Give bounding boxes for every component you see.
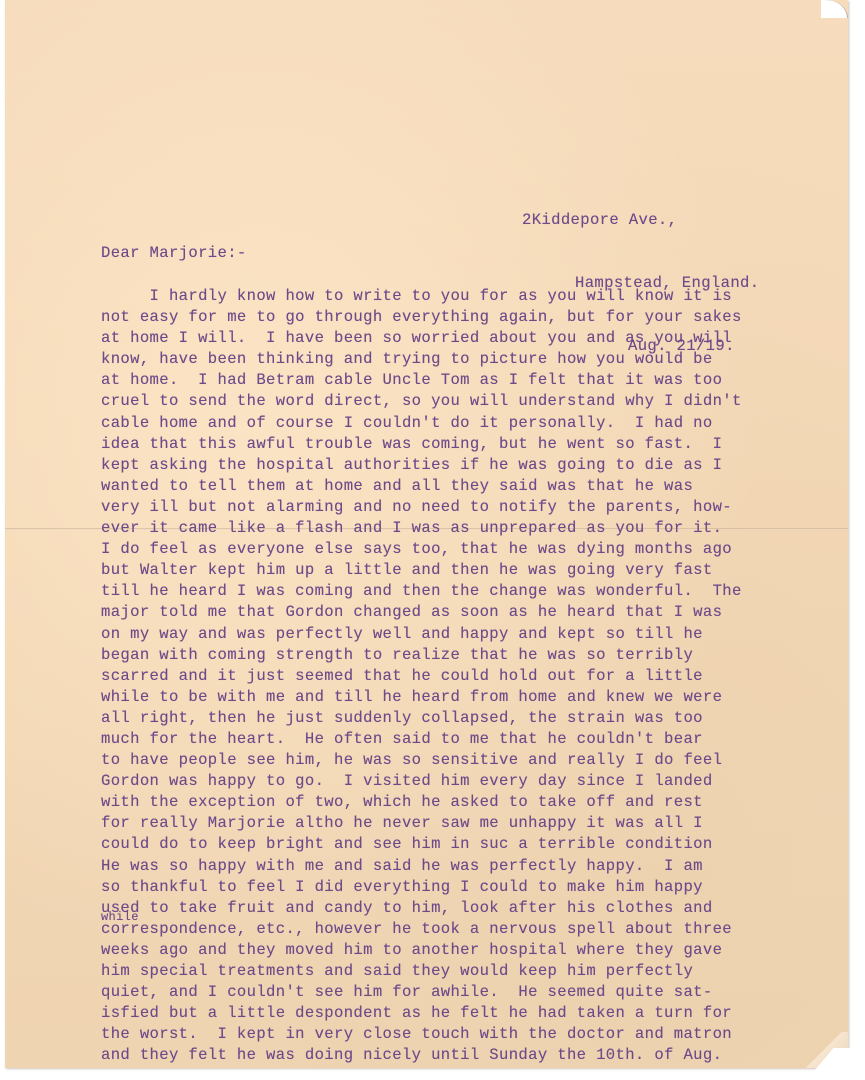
letter-body-line: him special treatments and said they wou… [101, 961, 742, 982]
letter-body-line: idea that this awful trouble was coming,… [101, 434, 742, 455]
letter-body-line: Gordon was happy to go. I visited him ev… [101, 771, 742, 792]
letter-body-line: all right, then he just suddenly collaps… [101, 708, 742, 729]
letter-body-line: He was so happy with me and said he was … [101, 856, 742, 877]
letter-body-line: major told me that Gordon changed as soo… [101, 602, 742, 623]
letter-body-line: till he heard I was coming and then the … [101, 581, 742, 602]
letter-body-line: cable home and of course I couldn't do i… [101, 413, 742, 434]
letter-body-line: used to take fruit and candy to him, loo… [101, 898, 742, 919]
letter-body-line: ever it came like a flash and I was as u… [101, 518, 742, 539]
letter-body-line: with the exception of two, which he aske… [101, 792, 742, 813]
letter-body-line: but Walter kept him up a little and then… [101, 560, 742, 581]
letter-body-line: not easy for me to go through everything… [101, 307, 742, 328]
letter-body-line: to have people see him, he was so sensit… [101, 750, 742, 771]
letter-body-line: at home I will. I have been so worried a… [101, 328, 742, 349]
letter-body-line: kept asking the hospital authorities if … [101, 455, 742, 476]
letter-body-line: quiet, and I couldn't see him for awhile… [101, 982, 742, 1003]
letter-body-line: could do to keep bright and see him in s… [101, 834, 742, 855]
letter-body-line: scarred and it just seemed that he could… [101, 666, 742, 687]
typed-overstrike-correction: while [101, 910, 139, 924]
letter-body-line: the worst. I kept in very close touch wi… [101, 1024, 742, 1045]
letter-body-line: while to be with me and till he heard fr… [101, 687, 742, 708]
letter-body-line: for really Marjorie altho he never saw m… [101, 813, 742, 834]
letter-body-line: began with coming strength to realize th… [101, 645, 742, 666]
address-line-1: 2Kiddepore Ave., [522, 210, 759, 231]
letter-body-line: know, have been thinking and trying to p… [101, 349, 742, 370]
letter-body-line: at home. I had Betram cable Uncle Tom as… [101, 370, 742, 391]
letter-body-line: weeks ago and they moved him to another … [101, 940, 742, 961]
salutation: Dear Marjorie:- [101, 244, 247, 262]
letter-body-line: very ill but not alarming and no need to… [101, 497, 742, 518]
letter-body-line: on my way and was perfectly well and hap… [101, 624, 742, 645]
letter-body-line: so thankful to feel I did everything I c… [101, 877, 742, 898]
letter-body-line: correspondence, etc., however he took a … [101, 919, 742, 940]
letter-body-line: wanted to tell them at home and all they… [101, 476, 742, 497]
letter-body-line: cruel to send the word direct, so you wi… [101, 391, 742, 412]
letter-body-line: I hardly know how to write to you for as… [101, 286, 742, 307]
letter-body-line: much for the heart. He often said to me … [101, 729, 742, 750]
letter-body-line: I do feel as everyone else says too, tha… [101, 539, 742, 560]
letter-body-line: and they felt he was doing nicely until … [101, 1045, 742, 1066]
letter-body-line: isfied but a little despondent as he fel… [101, 1003, 742, 1024]
letter-body: I hardly know how to write to you for as… [101, 286, 742, 1066]
